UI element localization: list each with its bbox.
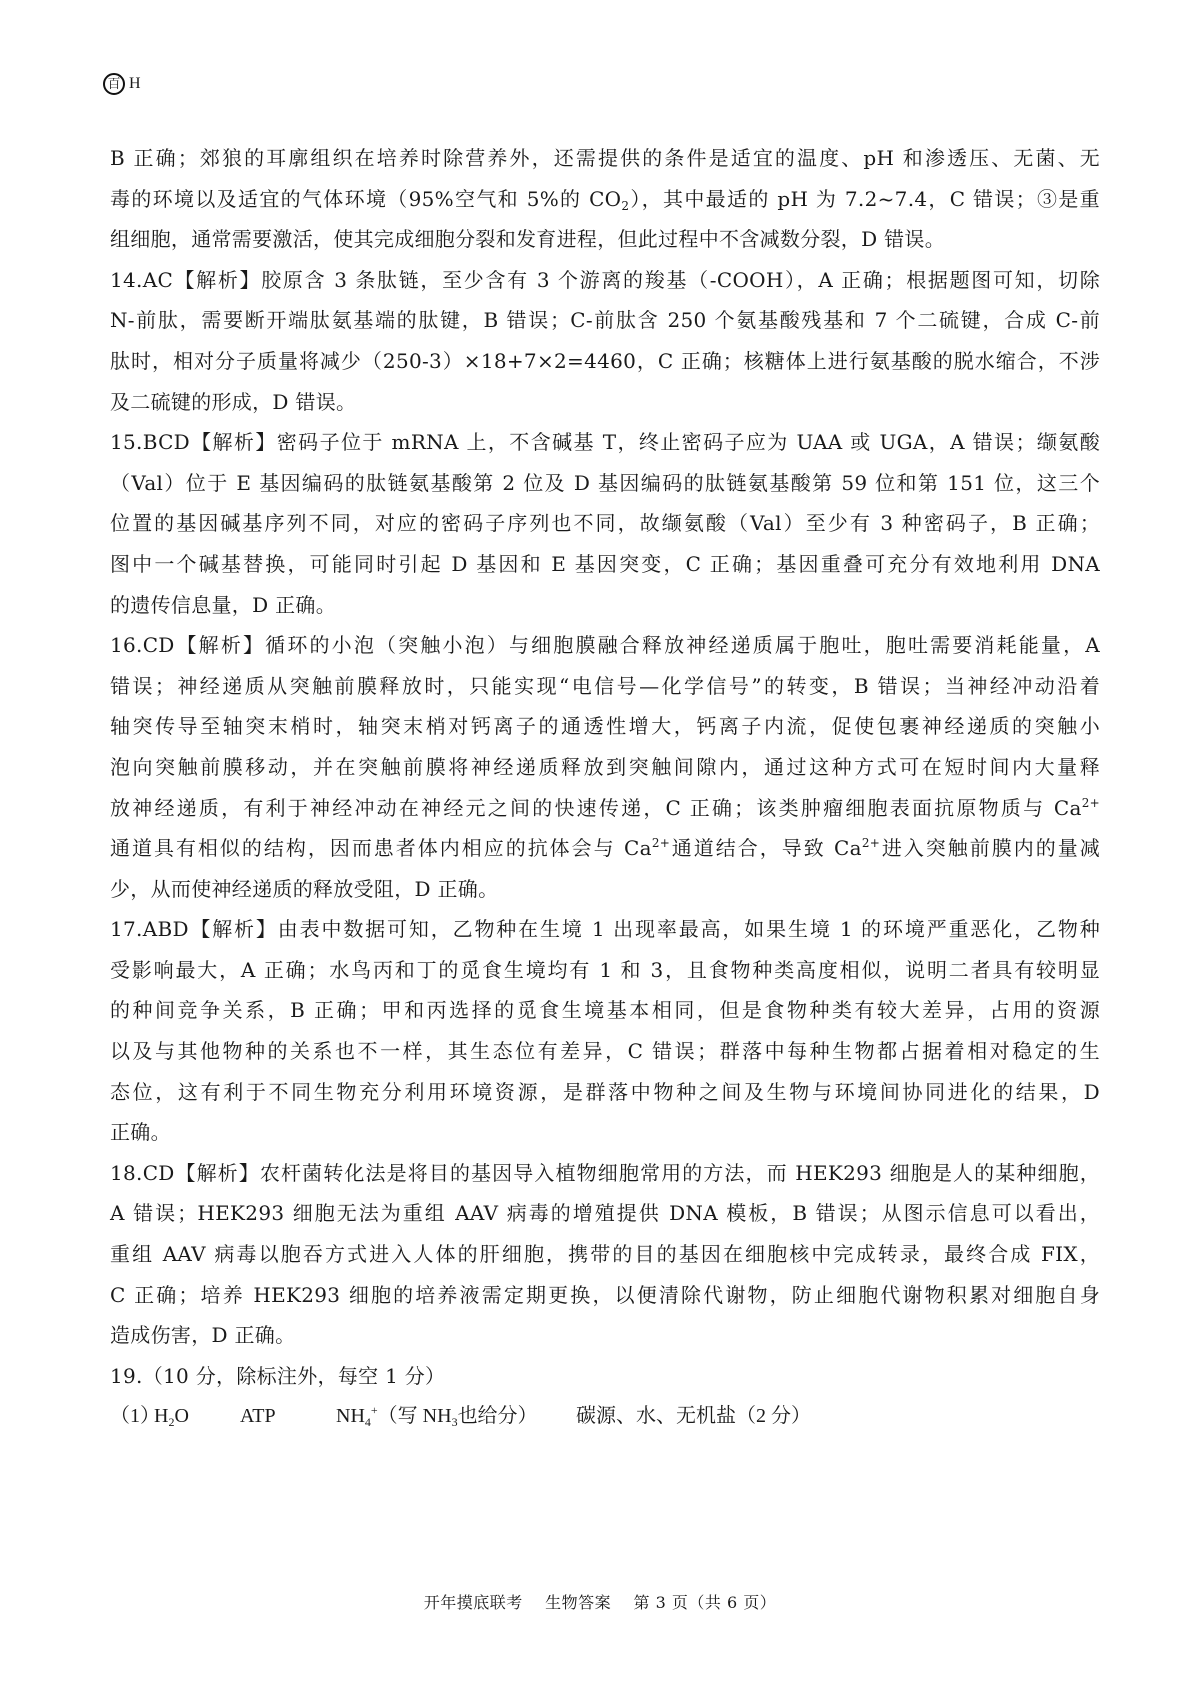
- text-line: C 正确；培养 HEK293 细胞的培养液需定期更换，以便清除代谢物，防止细胞代…: [110, 1275, 1100, 1316]
- text-line: 的遗传信息量，D 正确。: [110, 585, 1100, 626]
- text-line: 错误；神经递质从突触前膜释放时，只能实现“电信号—化学信号”的转变，B 错误；当…: [110, 666, 1100, 707]
- text-line: 肽时，相对分子质量将减少（250-3）×18+7×2=4460，C 正确；核糖体…: [110, 341, 1100, 382]
- text-line: N-前肽，需要断开端肽氨基端的肽键，B 错误；C-前肽含 250 个氨基酸残基和…: [110, 300, 1100, 341]
- text-line: 19.（10 分，除标注外，每空 1 分）: [110, 1356, 1100, 1397]
- text-line: 组细胞，通常需要激活，使其完成细胞分裂和发育进程，但此过程中不含减数分裂，D 错…: [110, 219, 1100, 260]
- text-line: 的种间竞争关系，B 正确；甲和丙选择的觅食生境基本相同，但是食物种类有较大差异，…: [110, 990, 1100, 1031]
- text-line: 毒的环境以及适宜的气体环境（95%空气和 5%的 CO2），其中最适的 pH 为…: [110, 179, 1100, 220]
- paragraph-q13-cont: B 正确；郊狼的耳廓组织在培养时除营养外，还需提供的条件是适宜的温度、pH 和渗…: [110, 138, 1100, 260]
- text-line: 态位，这有利于不同生物充分利用环境资源，是群落中物种之间及生物与环境间协同进化的…: [110, 1072, 1100, 1113]
- sub-question-label: （1）: [110, 1396, 160, 1437]
- paragraph-q15: 15.BCD【解析】密码子位于 mRNA 上，不含碱基 T，终止密码子应为 UA…: [110, 422, 1100, 625]
- paragraph-q19-head: 19.（10 分，除标注外，每空 1 分）: [110, 1356, 1100, 1397]
- page-footer: 开年摸底联考 生物答案 第 3 页（共 6 页）: [0, 1590, 1200, 1613]
- text-line: 16.CD【解析】循环的小泡（突触小泡）与细胞膜融合释放神经递质属于胞吐，胞吐需…: [110, 625, 1100, 666]
- answer-ammonium: NH4+（写 NH3也给分）: [336, 1396, 538, 1437]
- logo-letter: H: [129, 75, 141, 93]
- text-line: 通道具有相似的结构，因而患者体内相应的抗体会与 Ca2+通道结合，导致 Ca2+…: [110, 828, 1100, 869]
- text-line: 受影响最大，A 正确；水鸟丙和丁的觅食生境均有 1 和 3，且食物种类高度相似，…: [110, 950, 1100, 991]
- answer-atp: ATP: [240, 1396, 276, 1437]
- text-line: 轴突传导至轴突末梢时，轴突末梢对钙离子的通透性增大，钙离子内流，促使包裹神经递质…: [110, 706, 1100, 747]
- text-line: 位置的基因碱基序列不同，对应的密码子序列也不同，故缬氨酸（Val）至少有 3 种…: [110, 503, 1100, 544]
- text-line: 15.BCD【解析】密码子位于 mRNA 上，不含碱基 T，终止密码子应为 UA…: [110, 422, 1100, 463]
- paragraph-list: B 正确；郊狼的耳廓组织在培养时除营养外，还需提供的条件是适宜的温度、pH 和渗…: [110, 138, 1100, 1396]
- text-line: 正确。: [110, 1112, 1100, 1153]
- text-line: （Val）位于 E 基因编码的肽链氨基酸第 2 位及 D 基因编码的肽链氨基酸第…: [110, 463, 1100, 504]
- paragraph-q16: 16.CD【解析】循环的小泡（突触小泡）与细胞膜融合释放神经递质属于胞吐，胞吐需…: [110, 625, 1100, 909]
- logo-circle-icon: 百: [103, 73, 125, 95]
- text-line: A 错误；HEK293 细胞无法为重组 AAV 病毒的增殖提供 DNA 模板，B…: [110, 1193, 1100, 1234]
- text-line: 17.ABD【解析】由表中数据可知，乙物种在生境 1 出现率最高，如果生境 1 …: [110, 909, 1100, 950]
- text-line: 造成伤害，D 正确。: [110, 1315, 1100, 1356]
- text-line: 18.CD【解析】农杆菌转化法是将目的基因导入植物细胞常用的方法，而 HEK29…: [110, 1153, 1100, 1194]
- answer-nutrients: 碳源、水、无机盐（2 分）: [576, 1396, 811, 1437]
- text-line: 放神经递质，有利于神经冲动在神经元之间的快速传递，C 正确；该类肿瘤细胞表面抗原…: [110, 788, 1100, 829]
- footer-subject: 生物答案: [545, 1593, 611, 1612]
- text-line: 及二硫键的形成，D 错误。: [110, 382, 1100, 423]
- text-line: 图中一个碱基替换，可能同时引起 D 基因和 E 基因突变，C 正确；基因重叠可充…: [110, 544, 1100, 585]
- text-line: 重组 AAV 病毒以胞吞方式进入人体的肝细胞，携带的目的基因在细胞核中完成转录，…: [110, 1234, 1100, 1275]
- text-line: B 正确；郊狼的耳廓组织在培养时除营养外，还需提供的条件是适宜的温度、pH 和渗…: [110, 138, 1100, 179]
- footer-exam: 开年摸底联考: [424, 1593, 523, 1612]
- q19-answer-row-1: （1） H2O ATP NH4+（写 NH3也给分） 碳源、水、无机盐（2 分）: [110, 1396, 1100, 1437]
- paragraph-q14: 14.AC【解析】胶原含 3 条肽链，至少含有 3 个游离的羧基（-COOH），…: [110, 260, 1100, 422]
- answer-content: B 正确；郊狼的耳廓组织在培养时除营养外，还需提供的条件是适宜的温度、pH 和渗…: [110, 138, 1100, 1437]
- paragraph-q18: 18.CD【解析】农杆菌转化法是将目的基因导入植物细胞常用的方法，而 HEK29…: [110, 1153, 1100, 1356]
- text-line: 14.AC【解析】胶原含 3 条肽链，至少含有 3 个游离的羧基（-COOH），…: [110, 260, 1100, 301]
- answer-water: H2O: [154, 1396, 189, 1437]
- text-line: 以及与其他物种的关系也不一样，其生态位有差异，C 错误；群落中每种生物都占据着相…: [110, 1031, 1100, 1072]
- paragraph-q17: 17.ABD【解析】由表中数据可知，乙物种在生境 1 出现率最高，如果生境 1 …: [110, 909, 1100, 1153]
- text-line: 少，从而使神经递质的释放受阻，D 正确。: [110, 869, 1100, 910]
- footer-page-number: 第 3 页（共 6 页）: [634, 1593, 777, 1612]
- publisher-logo: 百 H: [103, 73, 141, 95]
- text-line: 泡向突触前膜移动，并在突触前膜将神经递质释放到突触间隙内，通过这种方式可在短时间…: [110, 747, 1100, 788]
